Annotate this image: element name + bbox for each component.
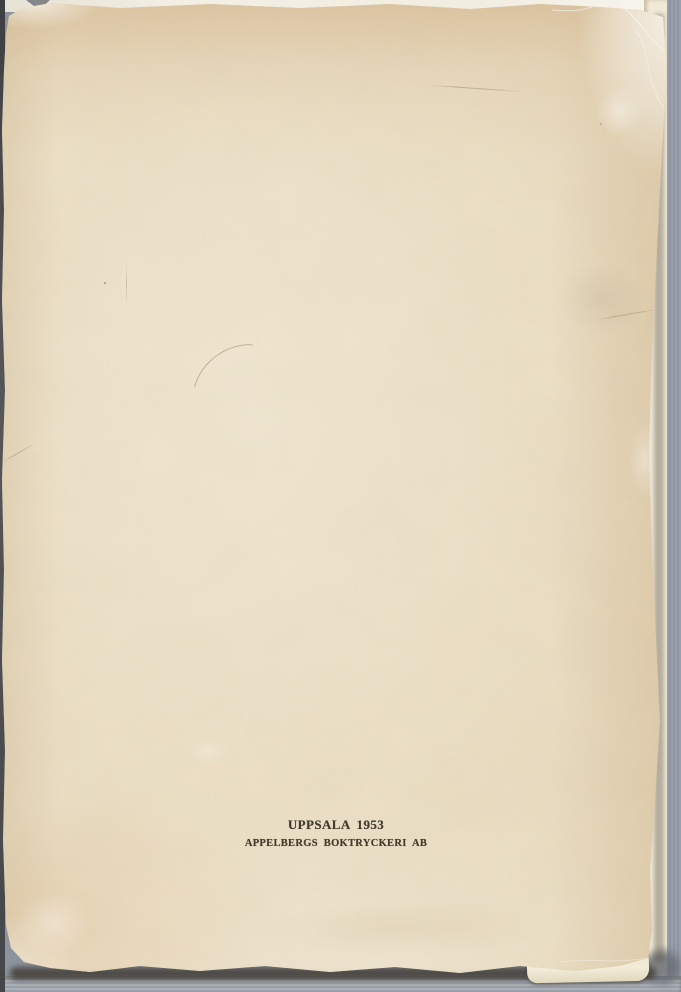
- right-scanner-strip: [667, 0, 681, 992]
- crease-hairline: [428, 85, 524, 93]
- book-cover-paper: UPPSALA 1953 APPELBERGS BOKTRYCKERI AB: [0, 0, 681, 992]
- imprint-printer-name: APPELBERGS BOKTRYCKERI AB: [0, 836, 672, 851]
- crease-hairline: [126, 262, 127, 306]
- printer-imprint-block: UPPSALA 1953 APPELBERGS BOKTRYCKERI AB: [0, 817, 672, 851]
- scuff-mark: [186, 738, 230, 764]
- stain-mark: [250, 900, 550, 956]
- crease-hairline: [596, 309, 657, 321]
- paper-speck: [600, 123, 602, 125]
- stain-mark: [556, 262, 646, 334]
- crease-hairline: [176, 327, 301, 448]
- imprint-city-year: UPPSALA 1953: [0, 817, 672, 833]
- scanned-book-back-cover: UPPSALA 1953 APPELBERGS BOKTRYCKERI AB: [0, 0, 681, 992]
- crease-hairline: [3, 443, 35, 462]
- paper-speck: [104, 282, 106, 284]
